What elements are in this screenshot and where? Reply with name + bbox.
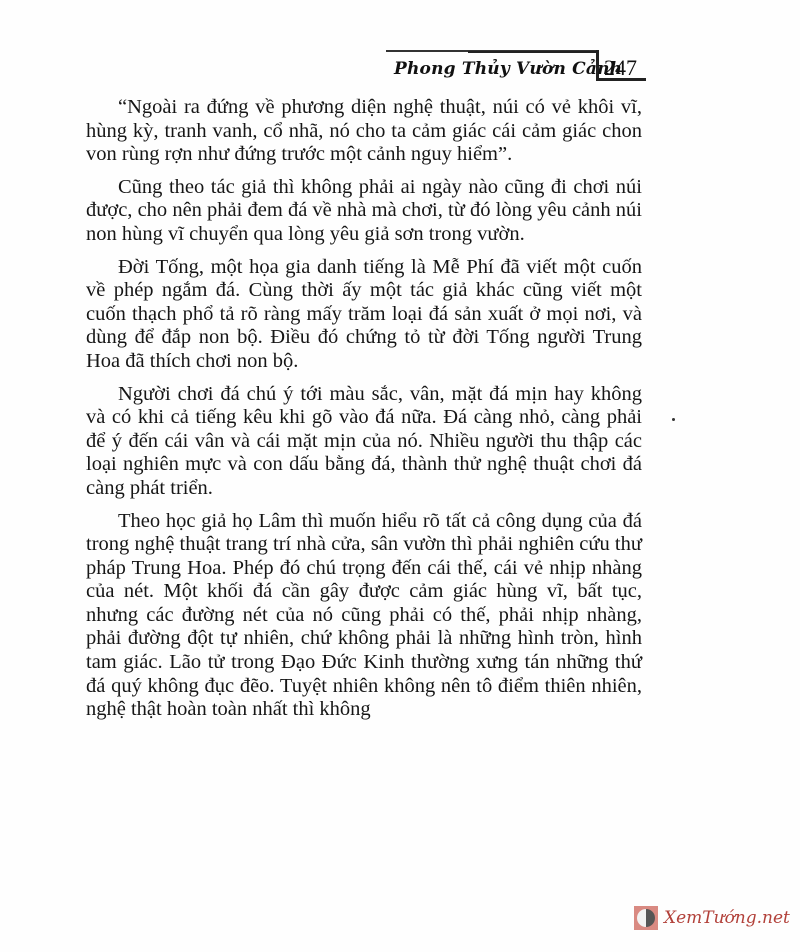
- scan-speck: [672, 418, 675, 421]
- page-number: 247: [604, 55, 637, 81]
- site-watermark: XemTướng.net: [634, 898, 790, 938]
- paragraph: Theo học giả họ Lâm thì muốn hiểu rõ tất…: [86, 510, 642, 722]
- running-header: Phong Thủy Vườn Cảnh 247: [386, 50, 646, 84]
- watermark-text: XemTướng.net: [664, 908, 790, 928]
- paragraph: Đời Tống, một họa gia danh tiếng là Mễ P…: [86, 256, 642, 374]
- header-rule-accent: [468, 51, 598, 53]
- paragraph: Cũng theo tác giả thì không phải ai ngày…: [86, 176, 642, 247]
- paragraph-quote: “Ngoài ra đứng về phương diện nghệ thuật…: [86, 96, 642, 167]
- book-title: Phong Thủy Vườn Cảnh: [394, 59, 622, 79]
- book-page: Phong Thủy Vườn Cảnh 247 “Ngoài ra đứng …: [0, 0, 800, 952]
- yin-yang-icon: [634, 906, 658, 930]
- paragraph: Người chơi đá chú ý tới màu sắc, vân, mặ…: [86, 383, 642, 501]
- body-text: “Ngoài ra đứng về phương diện nghệ thuật…: [86, 96, 642, 722]
